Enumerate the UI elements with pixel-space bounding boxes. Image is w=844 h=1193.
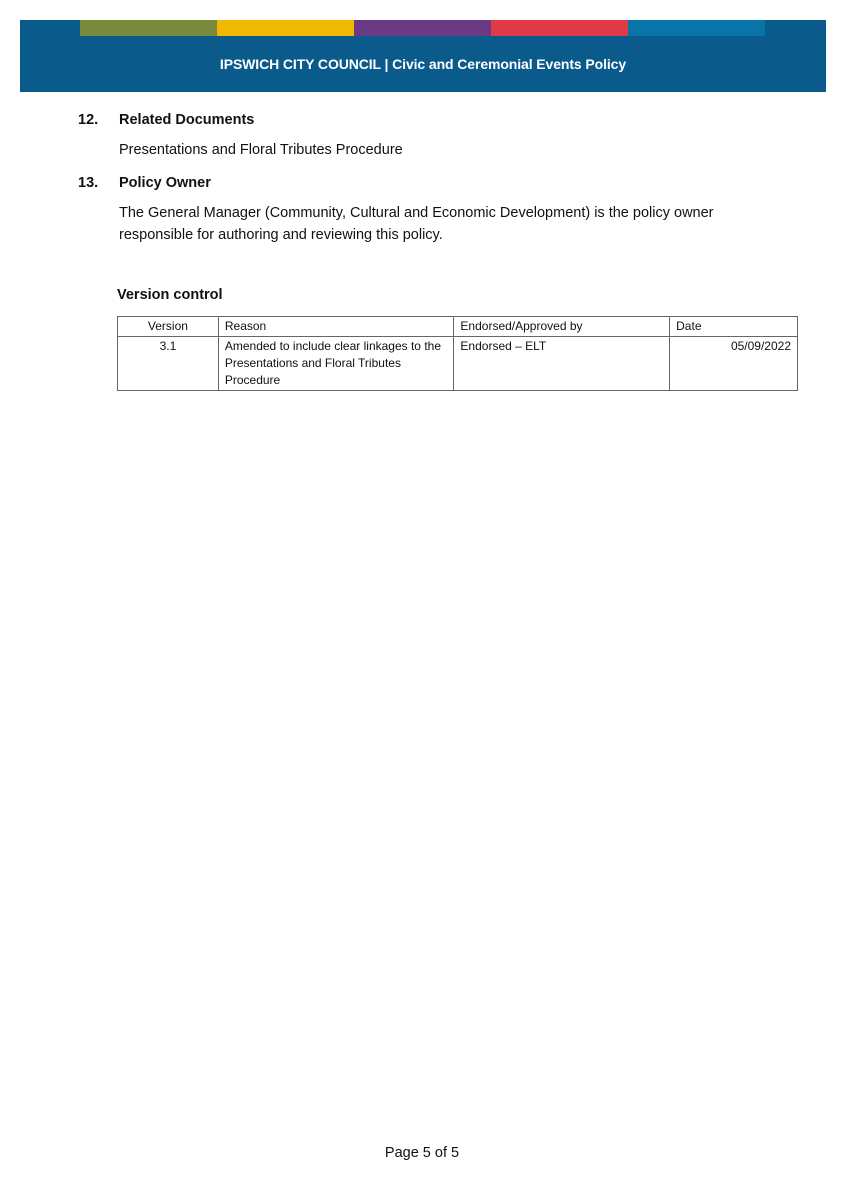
cell-reason: Amended to include clear linkages to the… [218, 337, 454, 391]
color-stripes [80, 20, 765, 36]
stripe-yellow [217, 20, 354, 36]
header-title: IPSWICH CITY COUNCIL | Civic and Ceremon… [20, 56, 826, 72]
column-header-version: Version [118, 317, 219, 337]
column-header-endorsed-by: Endorsed/Approved by [454, 317, 670, 337]
column-header-reason: Reason [218, 317, 454, 337]
version-control-table: Version Reason Endorsed/Approved by Date… [117, 316, 798, 391]
version-control-title: Version control [117, 287, 223, 303]
table-row: 3.1 Amended to include clear linkages to… [118, 337, 798, 391]
column-header-date: Date [670, 317, 798, 337]
section-title-policy-owner: Policy Owner [119, 175, 211, 191]
stripe-green [80, 20, 217, 36]
table-header-row: Version Reason Endorsed/Approved by Date [118, 317, 798, 337]
cell-version: 3.1 [118, 337, 219, 391]
section-number: 13. [78, 175, 98, 191]
stripe-red [491, 20, 628, 36]
document-header: IPSWICH CITY COUNCIL | Civic and Ceremon… [20, 20, 826, 92]
section-number: 12. [78, 112, 98, 128]
page-number: Page 5 of 5 [0, 1145, 844, 1161]
stripe-purple [354, 20, 491, 36]
section-title-related-documents: Related Documents [119, 112, 254, 128]
cell-endorsed-by: Endorsed – ELT [454, 337, 670, 391]
policy-owner-text: The General Manager (Community, Cultural… [119, 202, 779, 246]
stripe-blue [628, 20, 765, 36]
cell-date: 05/09/2022 [670, 337, 798, 391]
related-documents-text: Presentations and Floral Tributes Proced… [119, 139, 779, 161]
